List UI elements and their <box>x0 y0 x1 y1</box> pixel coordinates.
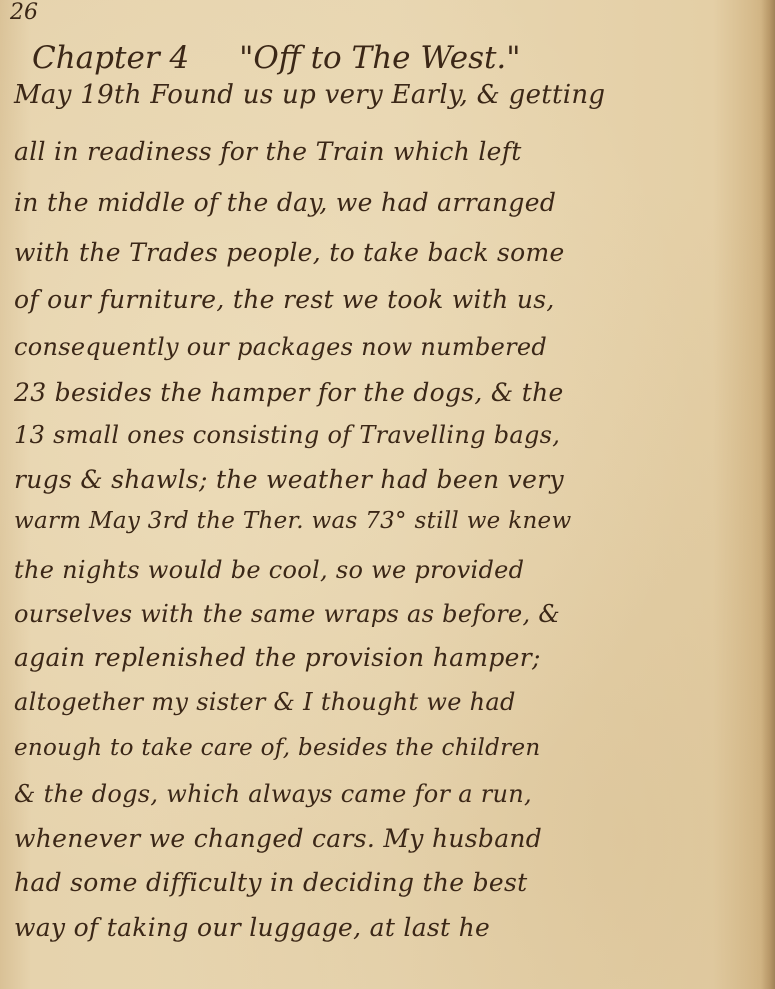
page-gutter-edge <box>761 0 775 989</box>
page-number: 26 <box>10 0 38 25</box>
manuscript-line: & the dogs, which always came for a run, <box>14 780 532 808</box>
chapter-label: Chapter 4 <box>32 40 189 76</box>
manuscript-line: whenever we changed cars. My husband <box>14 824 542 853</box>
chapter-heading: Chapter 4 "Off to The West." <box>32 40 521 76</box>
manuscript-line: with the Trades people, to take back som… <box>14 238 565 267</box>
manuscript-line: way of taking our luggage, at last he <box>14 913 490 942</box>
manuscript-line: all in readiness for the Train which lef… <box>14 137 522 166</box>
manuscript-line: in the middle of the day, we had arrange… <box>14 188 556 217</box>
manuscript-line: rugs & shawls; the weather had been very <box>14 465 564 494</box>
manuscript-page: 26 Chapter 4 "Off to The West." May 19th… <box>0 0 775 989</box>
manuscript-line: of our furniture, the rest we took with … <box>14 285 555 314</box>
manuscript-line: warm May 3rd the Ther. was 73° still we … <box>14 508 571 534</box>
chapter-title: "Off to The West." <box>239 40 520 76</box>
manuscript-line: the nights would be cool, so we provided <box>14 556 524 584</box>
manuscript-line: had some difficulty in deciding the best <box>14 868 527 897</box>
manuscript-line: enough to take care of, besides the chil… <box>14 735 541 761</box>
manuscript-line: altogether my sister & I thought we had <box>14 688 516 716</box>
manuscript-line: May 19th Found us up very Early, & getti… <box>14 80 605 110</box>
manuscript-line: 23 besides the hamper for the dogs, & th… <box>14 378 564 407</box>
manuscript-line: again replenished the provision hamper; <box>14 643 541 672</box>
manuscript-line: 13 small ones consisting of Travelling b… <box>14 421 560 449</box>
manuscript-line: ourselves with the same wraps as before,… <box>14 600 560 628</box>
manuscript-line: consequently our packages now numbered <box>14 333 547 361</box>
